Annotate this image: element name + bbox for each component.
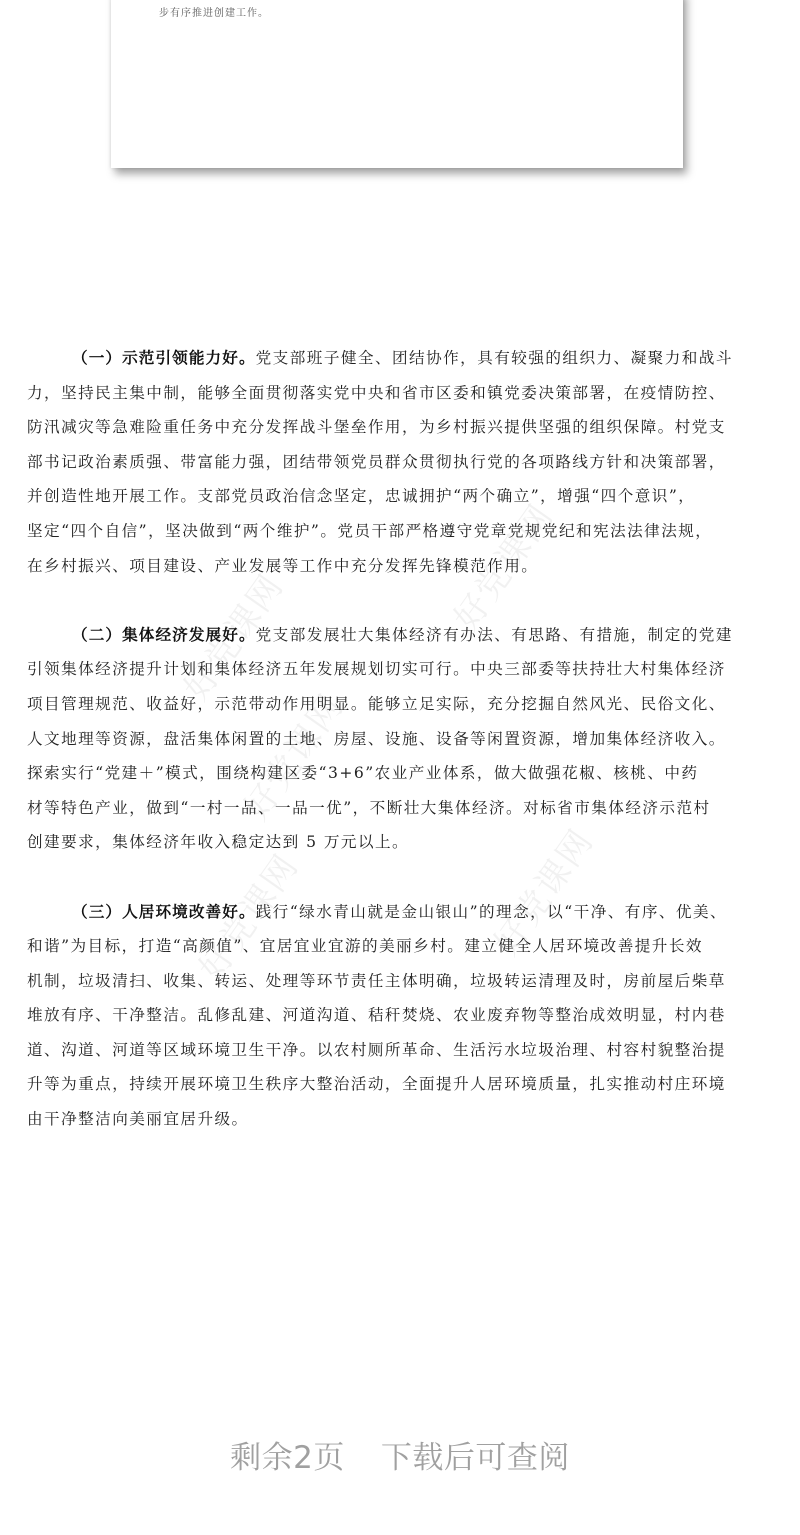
document-body: （一）示范引领能力好。党支部班子健全、团结协作，具有较强的组织力、凝聚力和战斗 …	[27, 344, 775, 1140]
paragraph-line: 部书记政治素质强、带富能力强，团结带领党员群众贯彻执行党的各项路线方针和决策部署…	[27, 448, 775, 483]
paragraph-line: 由干净整洁向美丽宜居升级。	[27, 1105, 775, 1140]
paragraph-line: （一）示范引领能力好。党支部班子健全、团结协作，具有较强的组织力、凝聚力和战斗	[27, 344, 775, 379]
download-hint-label: 下载后可查阅	[381, 1440, 570, 1476]
section-heading: （一）示范引领能力好。	[72, 349, 256, 367]
paragraph-line: 在乡村振兴、项目建设、产业发展等工作中充分发挥先锋模范作用。	[27, 552, 775, 587]
line-text: 践行“绿水青山就是金山银山”的理念，以“干净、有序、优美、	[256, 903, 727, 921]
paragraph-line: 升等为重点，持续开展环境卫生秩序大整治活动，全面提升人居环境质量，扎实推动村庄环…	[27, 1070, 775, 1105]
previous-page-last-line: 步有序推进创建工作。	[159, 4, 269, 19]
paragraph-line: 项目管理规范、收益好，示范带动作用明显。能够立足实际，充分挖掘自然风光、民俗文化…	[27, 690, 775, 725]
paragraph-line: 探索实行“党建＋”模式，围绕构建区委“3+6”农业产业体系，做大做强花椒、核桃、…	[27, 759, 775, 794]
section-3: （三）人居环境改善好。践行“绿水青山就是金山银山”的理念，以“干净、有序、优美、…	[27, 898, 775, 1140]
paragraph-line: 材等特色产业，做到“一村一品、一品一优”，不断壮大集体经济。对标省市集体经济示范…	[27, 794, 775, 829]
remaining-pages-notice[interactable]: 剩余2页下载后可查阅	[0, 1432, 800, 1477]
previous-page-preview: 步有序推进创建工作。	[111, 0, 683, 168]
paragraph-gap	[27, 863, 775, 898]
paragraph-line: 力，坚持民主集中制，能够全面贯彻落实党中央和省市区委和镇党委决策部署，在疫情防控…	[27, 379, 775, 414]
remaining-pages-label: 剩余2页	[230, 1440, 345, 1476]
paragraph-line: 堆放有序、干净整洁。乱修乱建、河道沟道、秸秆焚烧、农业废弃物等整治成效明显，村内…	[27, 1001, 775, 1036]
line-text: 党支部班子健全、团结协作，具有较强的组织力、凝聚力和战斗	[256, 349, 733, 367]
paragraph-line: 人文地理等资源，盘活集体闲置的土地、房屋、设施、设备等闲置资源，增加集体经济收入…	[27, 725, 775, 760]
paragraph-line: 机制，垃圾清扫、收集、转运、处理等环节责任主体明确，垃圾转运清理及时，房前屋后柴…	[27, 967, 775, 1002]
paragraph-line: 和谐”为目标，打造“高颜值”、宜居宜业宜游的美丽乡村。建立健全人居环境改善提升长…	[27, 932, 775, 967]
paragraph-line: 创建要求，集体经济年收入稳定达到 5 万元以上。	[27, 828, 775, 863]
paragraph-gap	[27, 586, 775, 621]
paragraph-line: （二）集体经济发展好。党支部发展壮大集体经济有办法、有思路、有措施，制定的党建	[27, 621, 775, 656]
section-heading: （三）人居环境改善好。	[72, 903, 256, 921]
paragraph-line: 并创造性地开展工作。支部党员政治信念坚定，忠诚拥护“两个确立”，增强“四个意识”…	[27, 482, 775, 517]
paragraph-line: 道、沟道、河道等区域环境卫生干净。以农村厕所革命、生活污水垃圾治理、村容村貌整治…	[27, 1036, 775, 1071]
section-1: （一）示范引领能力好。党支部班子健全、团结协作，具有较强的组织力、凝聚力和战斗 …	[27, 344, 775, 586]
section-2: （二）集体经济发展好。党支部发展壮大集体经济有办法、有思路、有措施，制定的党建 …	[27, 621, 775, 863]
paragraph-line: （三）人居环境改善好。践行“绿水青山就是金山银山”的理念，以“干净、有序、优美、	[27, 898, 775, 933]
line-text: 党支部发展壮大集体经济有办法、有思路、有措施，制定的党建	[256, 626, 733, 644]
paragraph-line: 坚定“四个自信”，坚决做到“两个维护”。党员干部严格遵守党章党规党纪和宪法法律法…	[27, 517, 775, 552]
paragraph-line: 防汛减灾等急难险重任务中充分发挥战斗堡垒作用，为乡村振兴提供坚强的组织保障。村党…	[27, 413, 775, 448]
paragraph-line: 引领集体经济提升计划和集体经济五年发展规划切实可行。中央三部委等扶持壮大村集体经…	[27, 655, 775, 690]
section-heading: （二）集体经济发展好。	[72, 626, 256, 644]
